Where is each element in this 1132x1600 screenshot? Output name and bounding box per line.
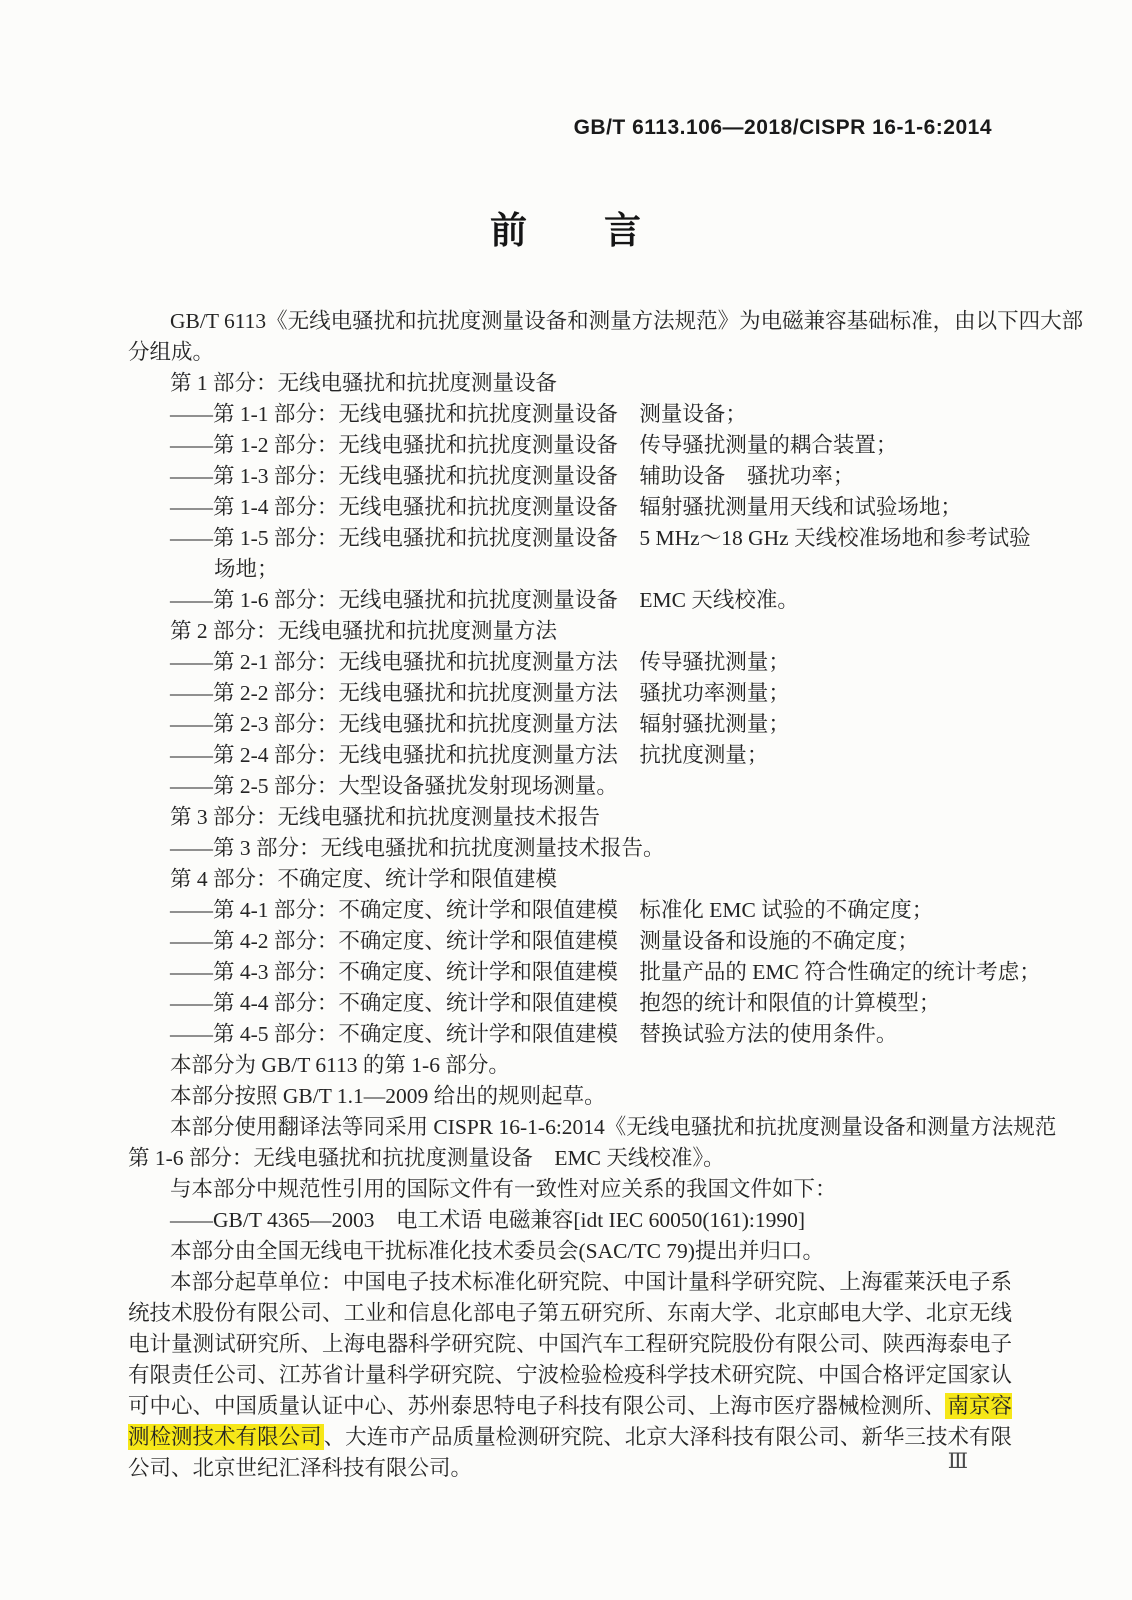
text-line: ——第 1-1 部分：无线电骚扰和抗扰度测量设备 测量设备； [128, 399, 1012, 430]
text-line: ——第 3 部分：无线电骚扰和抗扰度测量技术报告。 [128, 833, 1012, 864]
document-page: GB/T 6113.106—2018/CISPR 16-1-6:2014 前 言… [0, 0, 1132, 1600]
text-line: 本部分为 GB/T 6113 的第 1-6 部分。 [128, 1050, 1012, 1081]
text-line: ——第 4-3 部分：不确定度、统计学和限值建模 批量产品的 EMC 符合性确定… [128, 957, 1012, 988]
text-line: ——第 1-2 部分：无线电骚扰和抗扰度测量设备 传导骚扰测量的耦合装置； [128, 430, 1012, 461]
text-line: ——第 2-4 部分：无线电骚扰和抗扰度测量方法 抗扰度测量； [128, 740, 1012, 771]
text-line: 本部分使用翻译法等同采用 CISPR 16-1-6:2014《无线电骚扰和抗扰度… [128, 1112, 1012, 1143]
text-line: ——第 2-2 部分：无线电骚扰和抗扰度测量方法 骚扰功率测量； [128, 678, 1012, 709]
text-line: ——第 4-2 部分：不确定度、统计学和限值建模 测量设备和设施的不确定度； [128, 926, 1012, 957]
text-line: ——第 2-5 部分：大型设备骚扰发射现场测量。 [128, 771, 1012, 802]
text-line: ——GB/T 4365—2003 电工术语 电磁兼容[idt IEC 60050… [128, 1205, 1012, 1236]
drafting-units-text: 本部分起草单位：中国电子技术标准化研究院、中国计量科学研究院、上海霍莱沃电子系统… [128, 1270, 1012, 1418]
text-line: ——第 2-1 部分：无线电骚扰和抗扰度测量方法 传导骚扰测量； [128, 647, 1012, 678]
text-line: 本部分按照 GB/T 1.1—2009 给出的规则起草。 [128, 1081, 1012, 1112]
text-line: 本部分由全国无线电干扰标准化技术委员会(SAC/TC 79)提出并归口。 [128, 1236, 1012, 1267]
drafting-units-paragraph: 本部分起草单位：中国电子技术标准化研究院、中国计量科学研究院、上海霍莱沃电子系统… [128, 1267, 1012, 1484]
text-line: 第 1 部分：无线电骚扰和抗扰度测量设备 [128, 368, 1012, 399]
text-line: ——第 1-5 部分：无线电骚扰和抗扰度测量设备 5 MHz～18 GHz 天线… [128, 523, 1012, 554]
document-title: 前 言 [0, 200, 1132, 254]
text-line: 第 3 部分：无线电骚扰和抗扰度测量技术报告 [128, 802, 1012, 833]
text-line: 分组成。 [128, 337, 1012, 368]
standard-number: GB/T 6113.106—2018/CISPR 16-1-6:2014 [574, 116, 992, 140]
text-line: ——第 4-4 部分：不确定度、统计学和限值建模 抱怨的统计和限值的计算模型； [128, 988, 1012, 1019]
foreword-lines: GB/T 6113《无线电骚扰和抗扰度测量设备和测量方法规范》为电磁兼容基础标准… [128, 306, 1012, 1267]
text-line: ——第 1-4 部分：无线电骚扰和抗扰度测量设备 辐射骚扰测量用天线和试验场地； [128, 492, 1012, 523]
foreword-body: GB/T 6113《无线电骚扰和抗扰度测量设备和测量方法规范》为电磁兼容基础标准… [128, 306, 1012, 1484]
text-line: 场地； [128, 554, 1012, 585]
text-line: 第 2 部分：无线电骚扰和抗扰度测量方法 [128, 616, 1012, 647]
text-line: 第 4 部分：不确定度、统计学和限值建模 [128, 864, 1012, 895]
text-line: ——第 1-3 部分：无线电骚扰和抗扰度测量设备 辅助设备 骚扰功率； [128, 461, 1012, 492]
text-line: 与本部分中规范性引用的国际文件有一致性对应关系的我国文件如下： [128, 1174, 1012, 1205]
text-line: GB/T 6113《无线电骚扰和抗扰度测量设备和测量方法规范》为电磁兼容基础标准… [128, 306, 1012, 337]
page-number: Ⅲ [948, 1449, 968, 1474]
text-line: 第 1-6 部分：无线电骚扰和抗扰度测量设备 EMC 天线校准》。 [128, 1143, 1012, 1174]
text-line: ——第 4-1 部分：不确定度、统计学和限值建模 标准化 EMC 试验的不确定度… [128, 895, 1012, 926]
text-line: ——第 1-6 部分：无线电骚扰和抗扰度测量设备 EMC 天线校准。 [128, 585, 1012, 616]
text-line: ——第 4-5 部分：不确定度、统计学和限值建模 替换试验方法的使用条件。 [128, 1019, 1012, 1050]
text-line: ——第 2-3 部分：无线电骚扰和抗扰度测量方法 辐射骚扰测量； [128, 709, 1012, 740]
